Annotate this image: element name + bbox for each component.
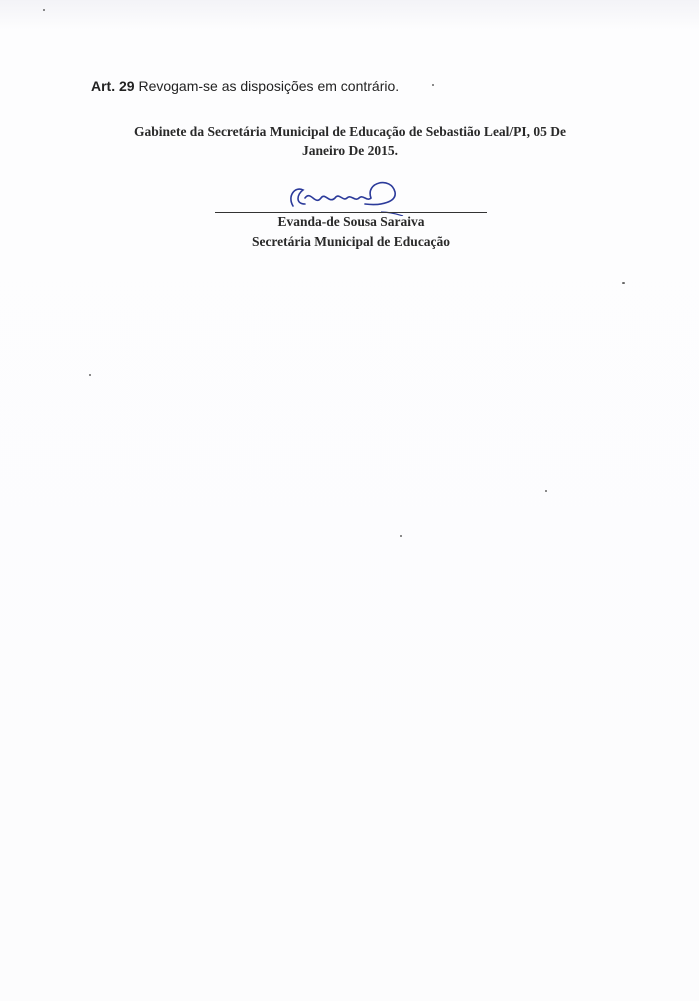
- article-label: Art. 29: [91, 78, 135, 94]
- scan-speck: [622, 282, 625, 284]
- signature-block: Evanda-de Sousa Saraiva Secretária Munic…: [215, 176, 487, 256]
- closing-line-2: Janeiro De 2015.: [110, 141, 590, 160]
- signatory-name: Evanda-de Sousa Saraiva: [215, 214, 487, 230]
- document-page: Art. 29 Revogam-se as disposições em con…: [0, 0, 699, 1001]
- scan-speck: [89, 374, 91, 376]
- closing-statement: Gabinete da Secretária Municipal de Educ…: [110, 122, 590, 160]
- scan-speck: [43, 9, 45, 11]
- handwritten-signature-icon: [285, 176, 405, 216]
- scan-speck: [400, 535, 402, 537]
- scan-speck: [432, 84, 434, 86]
- article-text: Revogam-se as disposições em contrário.: [135, 78, 400, 94]
- closing-line-1: Gabinete da Secretária Municipal de Educ…: [110, 122, 590, 141]
- article-29: Art. 29 Revogam-se as disposições em con…: [91, 78, 399, 94]
- signatory-role: Secretária Municipal de Educação: [215, 234, 487, 250]
- signature-line: [215, 212, 487, 213]
- scan-speck: [545, 490, 547, 492]
